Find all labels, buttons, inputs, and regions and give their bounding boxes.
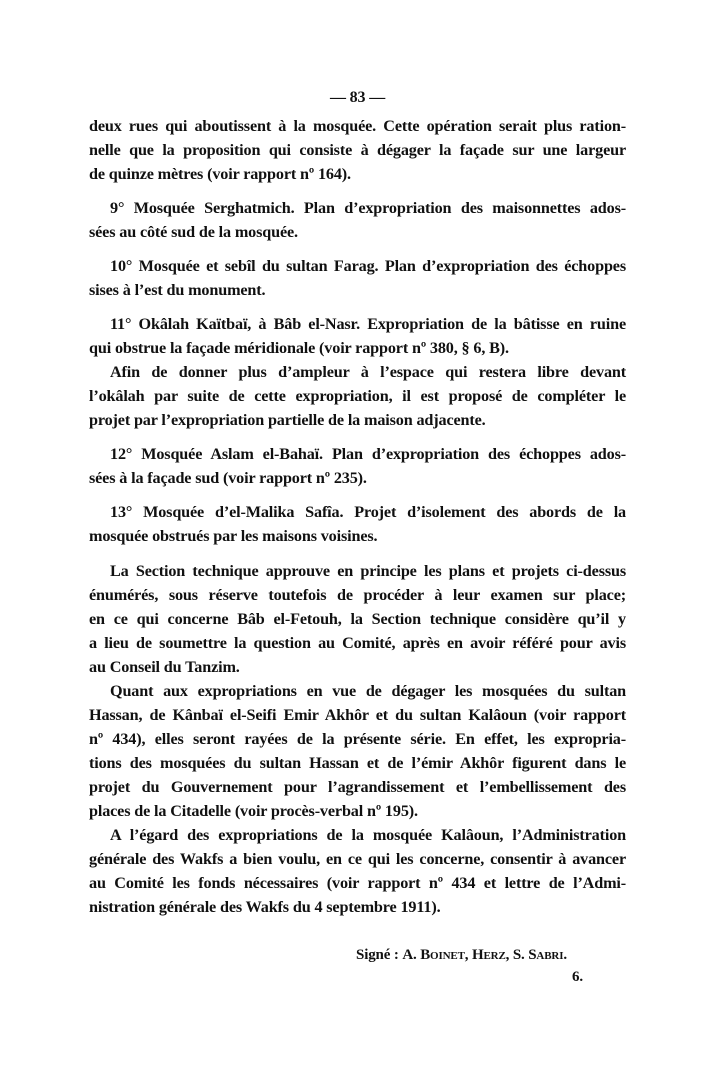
text-line: de quinze mètres (voir rapport nº 164).: [89, 162, 626, 186]
text-line: énumérés, sous réserve toutefois de proc…: [89, 583, 626, 607]
text-line: 13° Mosquée d’el-Malika Safîa. Projet d’…: [110, 500, 626, 524]
text-line: générale des Wakfs a bien voulu, en ce q…: [89, 847, 626, 871]
sheet-signature-mark: 6.: [572, 967, 583, 987]
text-line: places de la Citadelle (voir procès-verb…: [89, 799, 626, 823]
text-line: A l’égard des expropriations de la mosqu…: [110, 823, 626, 847]
text-line: 11° Okâlah Kaïtbaï, à Bâb el-Nasr. Expro…: [110, 312, 626, 336]
signature-line: Signé : A. Boinet, Herz, S. Sabri.: [356, 945, 567, 965]
text-line: projet par l’expropriation partielle de …: [89, 408, 626, 432]
text-line: Quant aux expropriations en vue de dégag…: [110, 679, 626, 703]
signatories: A. Boinet, Herz, S. Sabri.: [402, 947, 567, 963]
text-line: au Comité les fonds nécessaires (voir ra…: [89, 871, 626, 895]
text-line: nelle que la proposition qui consiste à …: [89, 138, 626, 162]
text-line: l’okâlah par suite de cette expropriatio…: [89, 384, 626, 408]
text-line: Hassan, de Kânbaï el-Seifi Emir Akhôr et…: [89, 703, 626, 727]
text-line: projet du Gouvernement pour l’agrandisse…: [89, 775, 626, 799]
text-line: sées à la façade sud (voir rapport nº 23…: [89, 466, 626, 490]
text-line: mosquée obstrués par les maisons voisine…: [89, 524, 626, 548]
signature-prefix: Signé :: [356, 947, 402, 963]
text-line: au Conseil du Tanzim.: [89, 655, 626, 679]
text-line: sées au côté sud de la mosquée.: [89, 220, 626, 244]
page-number: — 83 —: [89, 88, 626, 108]
text-line: 10° Mosquée et sebîl du sultan Farag. Pl…: [110, 254, 626, 278]
text-line: nº 434), elles seront rayées de la prése…: [89, 727, 626, 751]
text-line: tions des mosquées du sultan Hassan et d…: [89, 751, 626, 775]
text-line: a lieu de soumettre la question au Comit…: [89, 631, 626, 655]
text-line: Afin de donner plus d’ampleur à l’espace…: [110, 360, 626, 384]
text-line: 9° Mosquée Serghatmich. Plan d’expropria…: [110, 196, 626, 220]
text-line: en ce qui concerne Bâb el-Fetouh, la Sec…: [89, 607, 626, 631]
text-line: 12° Mosquée Aslam el-Bahaï. Plan d’expro…: [110, 442, 626, 466]
text-line: qui obstrue la façade méridionale (voir …: [89, 336, 626, 360]
text-line: sises à l’est du monument.: [89, 278, 626, 302]
text-line: nistration générale des Wakfs du 4 septe…: [89, 895, 626, 919]
text-line: deux rues qui aboutissent à la mosquée. …: [89, 114, 626, 138]
text-line: La Section technique approuve en princip…: [110, 559, 626, 583]
